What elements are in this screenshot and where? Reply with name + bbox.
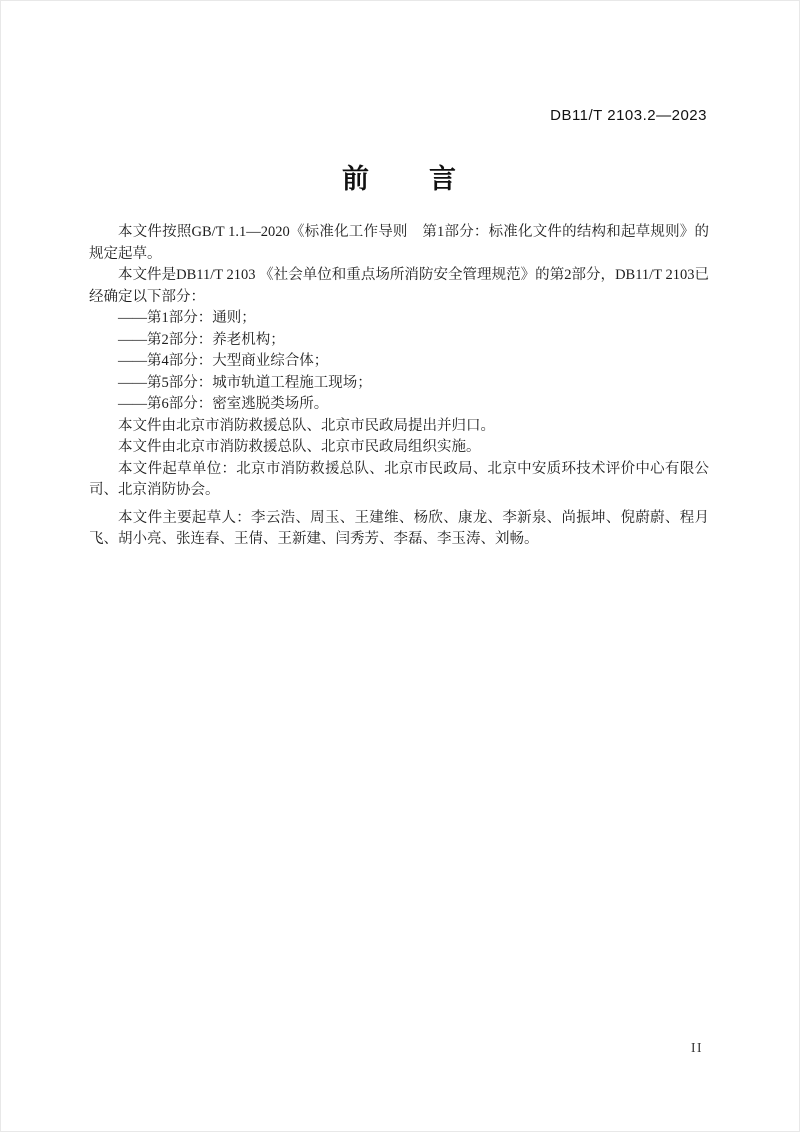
page-title: 前 言 xyxy=(1,157,799,196)
page-number: II xyxy=(691,1040,703,1056)
list-item-part-4: ——第4部分：大型商业综合体； xyxy=(89,351,709,373)
list-item-part-1: ——第1部分：通则； xyxy=(89,308,709,330)
paragraph-proposed-by: 本文件由北京市消防救援总队、北京市民政局提出并归口。 xyxy=(89,416,709,438)
paragraph-series-intro: 本文件是DB11/T 2103 《社会单位和重点场所消防安全管理规范》的第2部分… xyxy=(89,265,709,308)
paragraph-implemented-by: 本文件由北京市消防救援总队、北京市民政局组织实施。 xyxy=(89,437,709,459)
document-code: DB11/T 2103.2—2023 xyxy=(550,107,707,124)
foreword-body: 本文件按照GB/T 1.1—2020《标准化工作导则 第1部分：标准化文件的结构… xyxy=(89,222,709,551)
list-item-part-5: ——第5部分：城市轨道工程施工现场； xyxy=(89,373,709,395)
list-item-part-6: ——第6部分：密室逃脱类场所。 xyxy=(89,394,709,416)
list-item-part-2: ——第2部分：养老机构； xyxy=(89,330,709,352)
paragraph-drafting-organizations: 本文件起草单位：北京市消防救援总队、北京市民政局、北京中安质环技术评价中心有限公… xyxy=(89,459,709,502)
document-page: DB11/T 2103.2—2023 前 言 本文件按照GB/T 1.1—202… xyxy=(0,0,800,1132)
paragraph-scope-basis: 本文件按照GB/T 1.1—2020《标准化工作导则 第1部分：标准化文件的结构… xyxy=(89,222,709,265)
paragraph-main-drafters: 本文件主要起草人：李云浩、周玉、王建维、杨欣、康龙、李新泉、尚振坤、倪蔚蔚、程月… xyxy=(89,508,709,551)
